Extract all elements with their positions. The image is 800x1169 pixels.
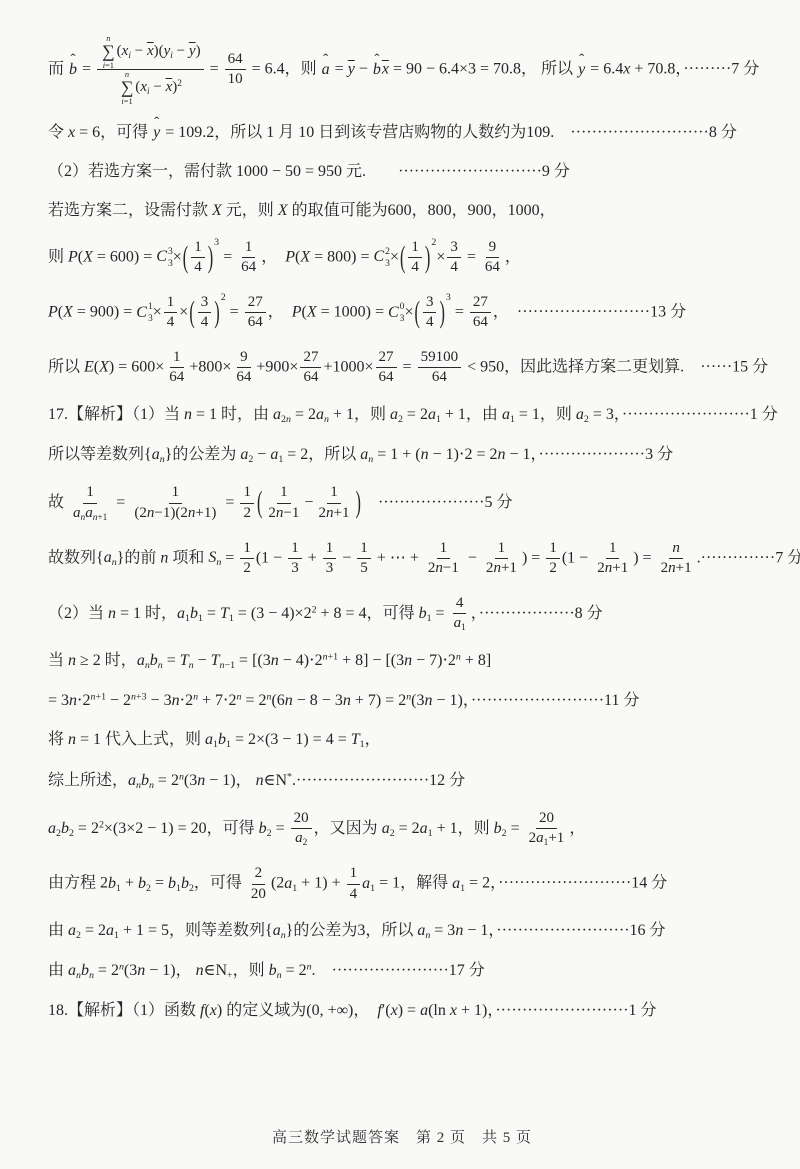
solution-line: （2）若选方案一，需付款 1000 − 50 = 950 元. ········… <box>48 160 756 184</box>
solution-line: 而 bˆ = n∑i=1(xi − x)(yi − y)n∑i=1(xi − x… <box>48 34 756 106</box>
solution-line: 17.【解析】（1）当 n = 1 时，由 a2n = 2an + 1，则 a2… <box>48 403 756 428</box>
solution-line: 故 1anan+1 = 1(2n−1)(2n+1) = 12(12n−1 − 1… <box>48 483 756 524</box>
solution-lines: 而 bˆ = n∑i=1(xi − x)(yi − y)n∑i=1(xi − x… <box>48 34 756 1126</box>
solution-line: （2）当 n = 1 时，a1b1 = T1 = (3 − 4)×22 + 8 … <box>48 594 756 635</box>
page-footer: 高三数学试题答案 第 2 页 共 5 页 <box>48 1126 756 1155</box>
solution-line: P(X = 900) = C13×14×(34)2 = 2764， P(X = … <box>48 293 756 333</box>
solution-line: 由方程 2b1 + b2 = b1b2，可得 220(2a1 + 1) + 14… <box>48 864 756 904</box>
solution-line: 所以 E(X) = 600×164+800×964+900×2764+1000×… <box>48 348 756 388</box>
solution-line: = 3n⋅2n+1 − 2n+3 − 3n⋅2n + 7⋅2n = 2n(6n … <box>48 689 756 713</box>
solution-line: 故数列{an}的前 n 项和 Sn = 12(1 − 13 + 13 − 15 … <box>48 539 756 579</box>
solution-line: 由 anbn = 2n(3n − 1)， n∈N+，则 bn = 2n. ···… <box>48 959 756 984</box>
solution-line: 当 n ≥ 2 时，anbn = Tn − Tn−1 = [(3n − 4)⋅2… <box>48 649 756 674</box>
solution-line: 综上所述，anbn = 2n(3n − 1)， n∈N*.···········… <box>48 769 756 794</box>
solution-line: 由 a2 = 2a1 + 1 = 5，则等差数列{an}的公差为3，所以 an … <box>48 919 756 944</box>
solution-line: 令 x = 6，可得 yˆ = 109.2，所以 1 月 10 日到该专营店购物… <box>48 121 756 145</box>
solution-line: 将 n = 1 代入上式，则 a1b1 = 2×(3 − 1) = 4 = T1… <box>48 728 756 753</box>
answer-sheet-page: 而 bˆ = n∑i=1(xi − x)(yi − y)n∑i=1(xi − x… <box>0 0 800 1169</box>
solution-line: 所以等差数列{an}的公差为 a2 − a1 = 2，所以 an = 1 + (… <box>48 443 756 468</box>
solution-line: a2b2 = 22×(3×2 − 1) = 20，可得 b2 = 20a2，又因… <box>48 809 756 850</box>
solution-line: 则 P(X = 600) = C33×(14)3 = 164， P(X = 80… <box>48 238 756 278</box>
solution-line: 18.【解析】（1）函数 f(x) 的定义域为(0, +∞)， f′(x) = … <box>48 999 756 1023</box>
solution-line: 若选方案二，设需付款 X 元，则 X 的取值可能为600，800，900，100… <box>48 199 756 223</box>
